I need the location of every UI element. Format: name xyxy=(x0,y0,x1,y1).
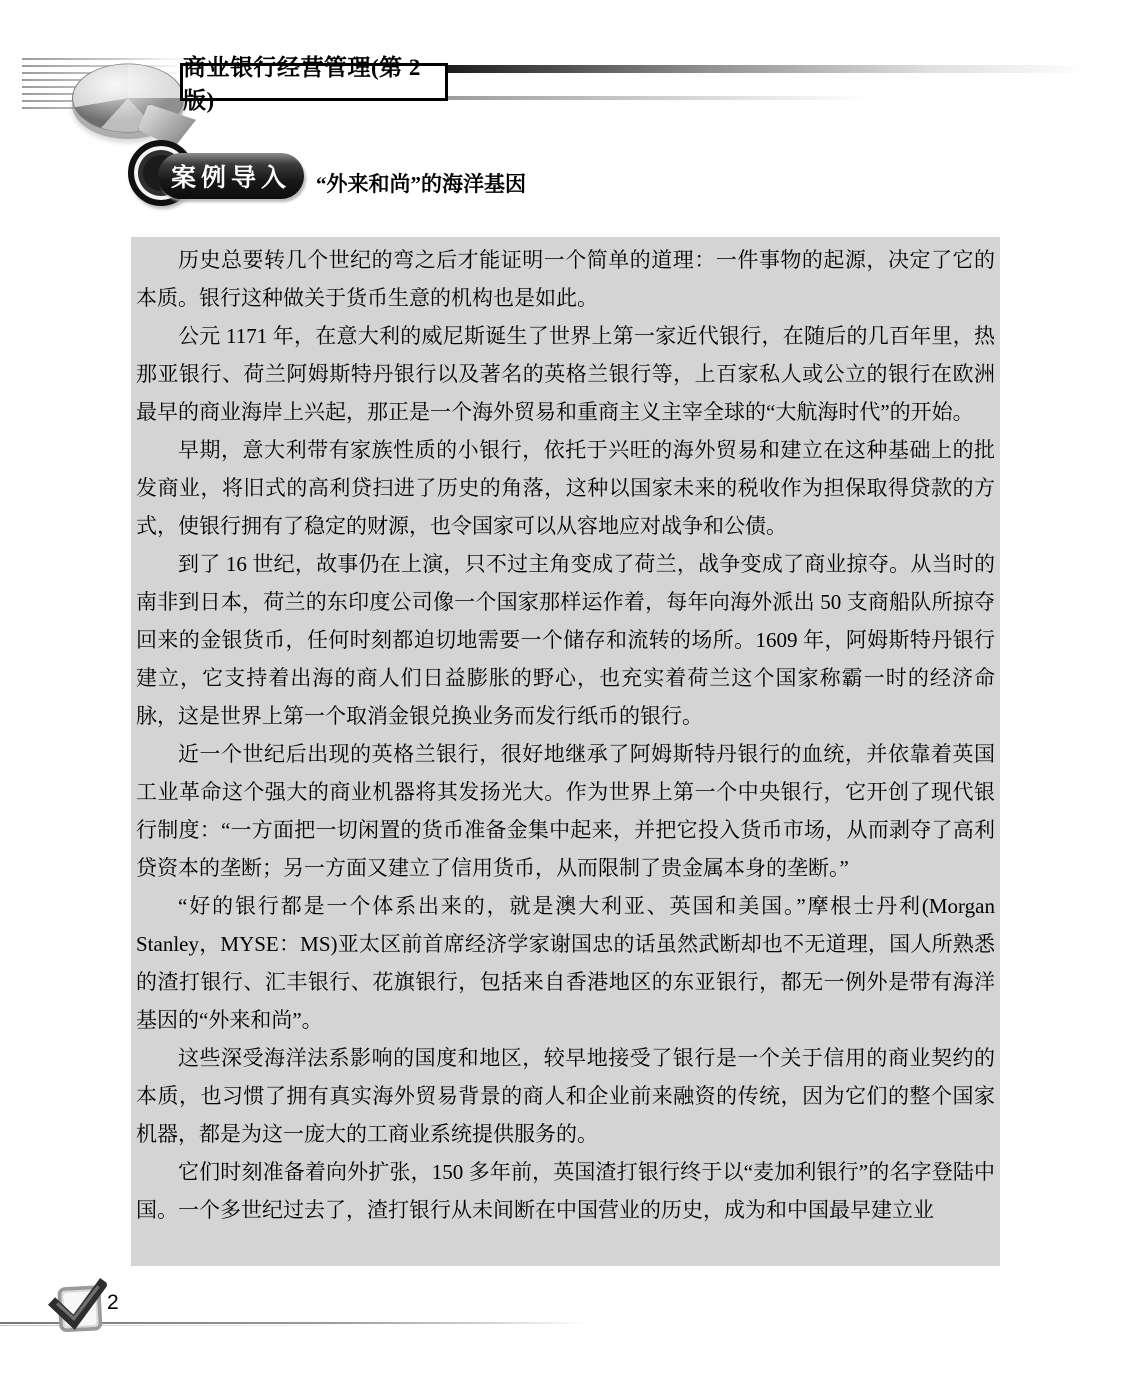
case-paragraph: 公元 1171 年，在意大利的威尼斯诞生了世界上第一家近代银行，在随后的几百年里… xyxy=(136,317,995,431)
case-paragraph: “好的银行都是一个体系出来的，就是澳大利亚、英国和美国。”摩根士丹利(Morga… xyxy=(136,887,995,1039)
book-page: 商业银行经营管理(第 2 版) 案例导入 “外来和尚”的海洋基因 历史总要转几个… xyxy=(0,0,1129,1394)
case-paragraph: 历史总要转几个世纪的弯之后才能证明一个简单的道理：一件事物的起源，决定了它的本质… xyxy=(136,241,995,317)
case-intro-badge-label: 案例导入 xyxy=(171,158,291,194)
case-title: “外来和尚”的海洋基因 xyxy=(316,168,526,198)
book-title-box: 商业银行经营管理(第 2 版) xyxy=(180,63,448,101)
case-paragraph: 到了 16 世纪，故事仍在上演，只不过主角变成了荷兰，战争变成了商业掠夺。从当时… xyxy=(136,545,995,735)
case-body-block: 历史总要转几个世纪的弯之后才能证明一个简单的道理：一件事物的起源，决定了它的本质… xyxy=(131,237,1000,1266)
checkmark-icon-svg xyxy=(46,1276,109,1339)
case-paragraph: 这些深受海洋法系影响的国度和地区，较早地接受了银行是一个关于信用的商业契约的本质… xyxy=(136,1039,995,1153)
case-paragraph: 早期，意大利带有家族性质的小银行，依托于兴旺的海外贸易和建立在这种基础上的批发商… xyxy=(136,431,995,545)
book-title: 商业银行经营管理(第 2 版) xyxy=(183,49,445,115)
title-streak-bottom xyxy=(448,96,868,100)
case-paragraph: 它们时刻准备着向外扩张，150 多年前，英国渣打银行终于以“麦加利银行”的名字登… xyxy=(136,1153,995,1229)
page-number: 2 xyxy=(107,1291,119,1315)
case-intro-badge: 案例导入 xyxy=(158,153,304,199)
title-streak-top xyxy=(448,65,1088,73)
checkmark-icon xyxy=(46,1276,109,1339)
case-paragraph: 近一个世纪后出现的英格兰银行，很好地继承了阿姆斯特丹银行的血统，并依靠着英国工业… xyxy=(136,735,995,887)
